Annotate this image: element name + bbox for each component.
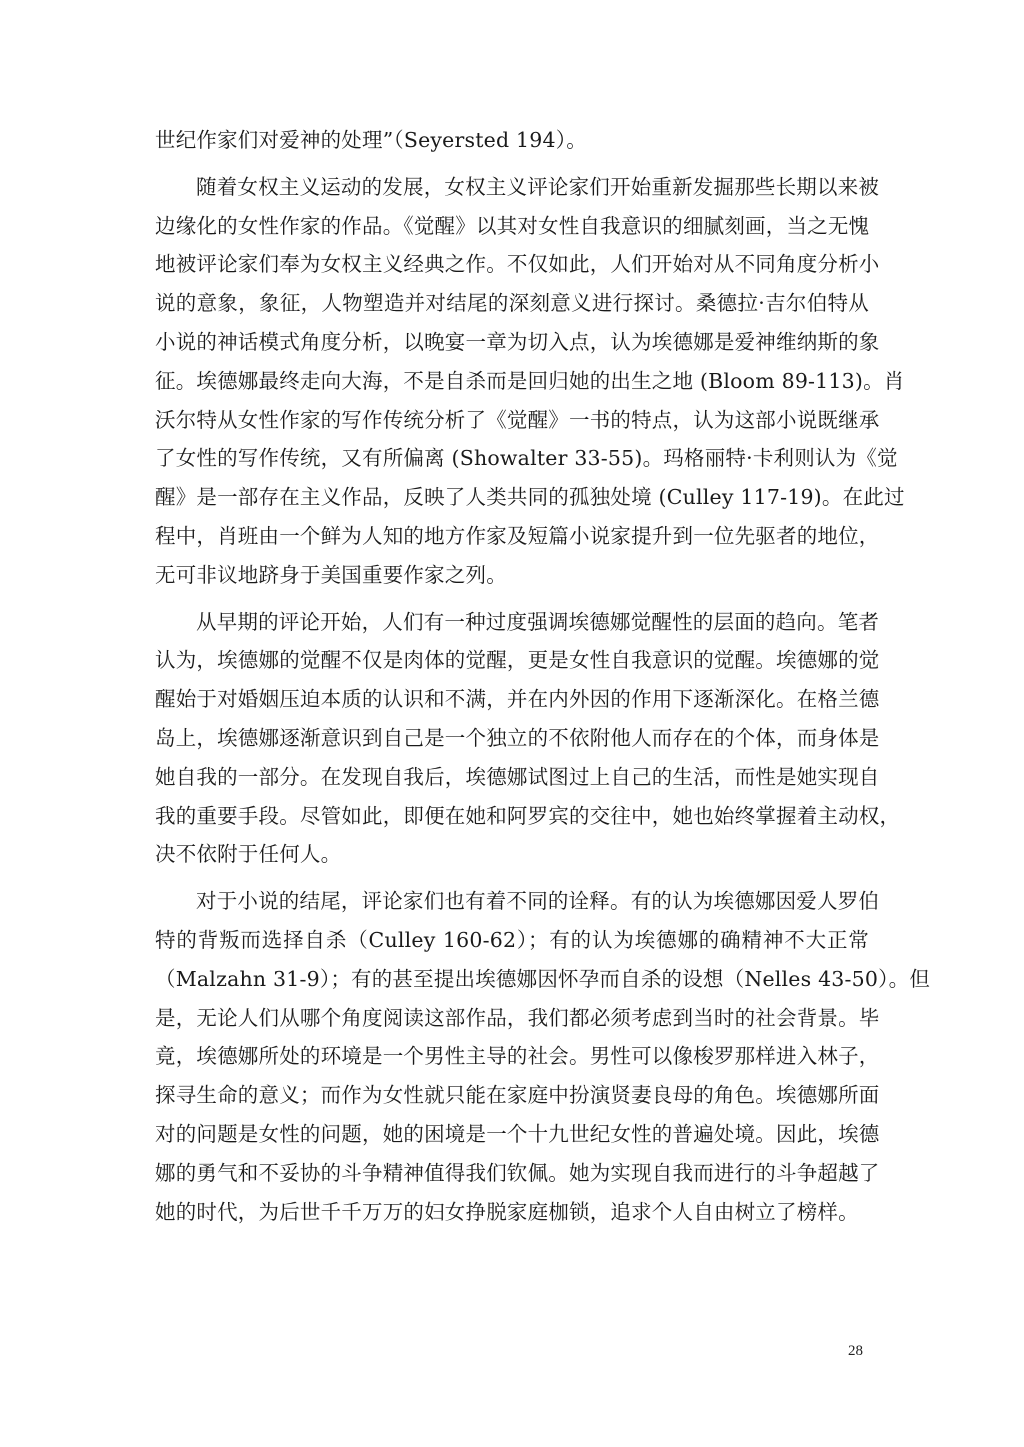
text-line: 世纪作家们对爱神的处理”（Seyersted 194）。 bbox=[155, 121, 869, 160]
paragraph-3: 从早期的评论开始，人们有一种过度强调埃德娜觉醒性的层面的趋向。笔者 认为，埃德娜… bbox=[155, 603, 869, 875]
text-line: 她的时代，为后世千千万万的妇女挣脱家庭枷锁，追求个人自由树立了榜样。 bbox=[155, 1193, 869, 1232]
text-line: 地被评论家们奉为女权主义经典之作。不仅如此，人们开始对从不同角度分析小 bbox=[155, 245, 869, 284]
text-line: （Malzahn 31-9）；有的甚至提出埃德娜因怀孕而自杀的设想（Nelles… bbox=[155, 960, 869, 999]
text-line: 无可非议地跻身于美国重要作家之列。 bbox=[155, 556, 869, 595]
text-line: 我的重要手段。尽管如此，即便在她和阿罗宾的交往中，她也始终掌握着主动权， bbox=[155, 797, 869, 836]
text-line: 程中，肖班由一个鲜为人知的地方作家及短篇小说家提升到一位先驱者的地位， bbox=[155, 517, 869, 556]
paragraph-1: 世纪作家们对爱神的处理”（Seyersted 194）。 bbox=[155, 121, 869, 160]
text-line: 沃尔特从女性作家的写作传统分析了《觉醒》一书的特点，认为这部小说既继承 bbox=[155, 401, 869, 440]
text-line: 认为，埃德娜的觉醒不仅是肉体的觉醒，更是女性自我意识的觉醒。埃德娜的觉 bbox=[155, 641, 869, 680]
text-line: 了女性的写作传统，又有所偏离 (Showalter 33-55)。玛格丽特·卡利… bbox=[155, 439, 869, 478]
page-number: 28 bbox=[848, 1343, 863, 1360]
text-line: 岛上，埃德娜逐渐意识到自己是一个独立的不依附他人而存在的个体，而身体是 bbox=[155, 719, 869, 758]
text-line: 探寻生命的意义；而作为女性就只能在家庭中扮演贤妻良母的角色。埃德娜所面 bbox=[155, 1076, 869, 1115]
text-line: 决不依附于任何人。 bbox=[155, 835, 869, 874]
text-line: 是，无论人们从哪个角度阅读这部作品，我们都必须考虑到当时的社会背景。毕 bbox=[155, 999, 869, 1038]
text-line: 小说的神话模式角度分析，以晚宴一章为切入点，认为埃德娜是爱神维纳斯的象 bbox=[155, 323, 869, 362]
text-line: 随着女权主义运动的发展，女权主义评论家们开始重新发掘那些长期以来被 bbox=[155, 168, 869, 207]
paragraph-2: 随着女权主义运动的发展，女权主义评论家们开始重新发掘那些长期以来被 边缘化的女性… bbox=[155, 168, 869, 595]
document-page: 世纪作家们对爱神的处理”（Seyersted 194）。 随着女权主义运动的发展… bbox=[0, 0, 1024, 1447]
text-line: 对的问题是女性的问题，她的困境是一个十九世纪女性的普遍处境。因此，埃德 bbox=[155, 1115, 869, 1154]
text-line: 醒》是一部存在主义作品，反映了人类共同的孤独处境 (Culley 117-19)… bbox=[155, 478, 869, 517]
body-text: 世纪作家们对爱神的处理”（Seyersted 194）。 随着女权主义运动的发展… bbox=[155, 121, 869, 1239]
text-line: 她自我的一部分。在发现自我后，埃德娜试图过上自己的生活，而性是她实现自 bbox=[155, 758, 869, 797]
paragraph-4: 对于小说的结尾，评论家们也有着不同的诠释。有的认为埃德娜因爱人罗伯 特的背叛而选… bbox=[155, 882, 869, 1231]
text-line: 从早期的评论开始，人们有一种过度强调埃德娜觉醒性的层面的趋向。笔者 bbox=[155, 603, 869, 642]
text-line: 娜的勇气和不妥协的斗争精神值得我们钦佩。她为实现自我而进行的斗争超越了 bbox=[155, 1154, 869, 1193]
text-line: 竟，埃德娜所处的环境是一个男性主导的社会。男性可以像梭罗那样进入林子， bbox=[155, 1037, 869, 1076]
text-line: 醒始于对婚姻压迫本质的认识和不满，并在内外因的作用下逐渐深化。在格兰德 bbox=[155, 680, 869, 719]
text-line: 边缘化的女性作家的作品。《觉醒》以其对女性自我意识的细腻刻画，当之无愧 bbox=[155, 207, 869, 246]
text-line: 征。埃德娜最终走向大海，不是自杀而是回归她的出生之地 (Bloom 89-113… bbox=[155, 362, 869, 401]
text-line: 说的意象，象征，人物塑造并对结尾的深刻意义进行探讨。桑德拉·吉尔伯特从 bbox=[155, 284, 869, 323]
text-line: 特的背叛而选择自杀（Culley 160-62）；有的认为埃德娜的确精神不大正常 bbox=[155, 921, 869, 960]
text-line: 对于小说的结尾，评论家们也有着不同的诠释。有的认为埃德娜因爱人罗伯 bbox=[155, 882, 869, 921]
